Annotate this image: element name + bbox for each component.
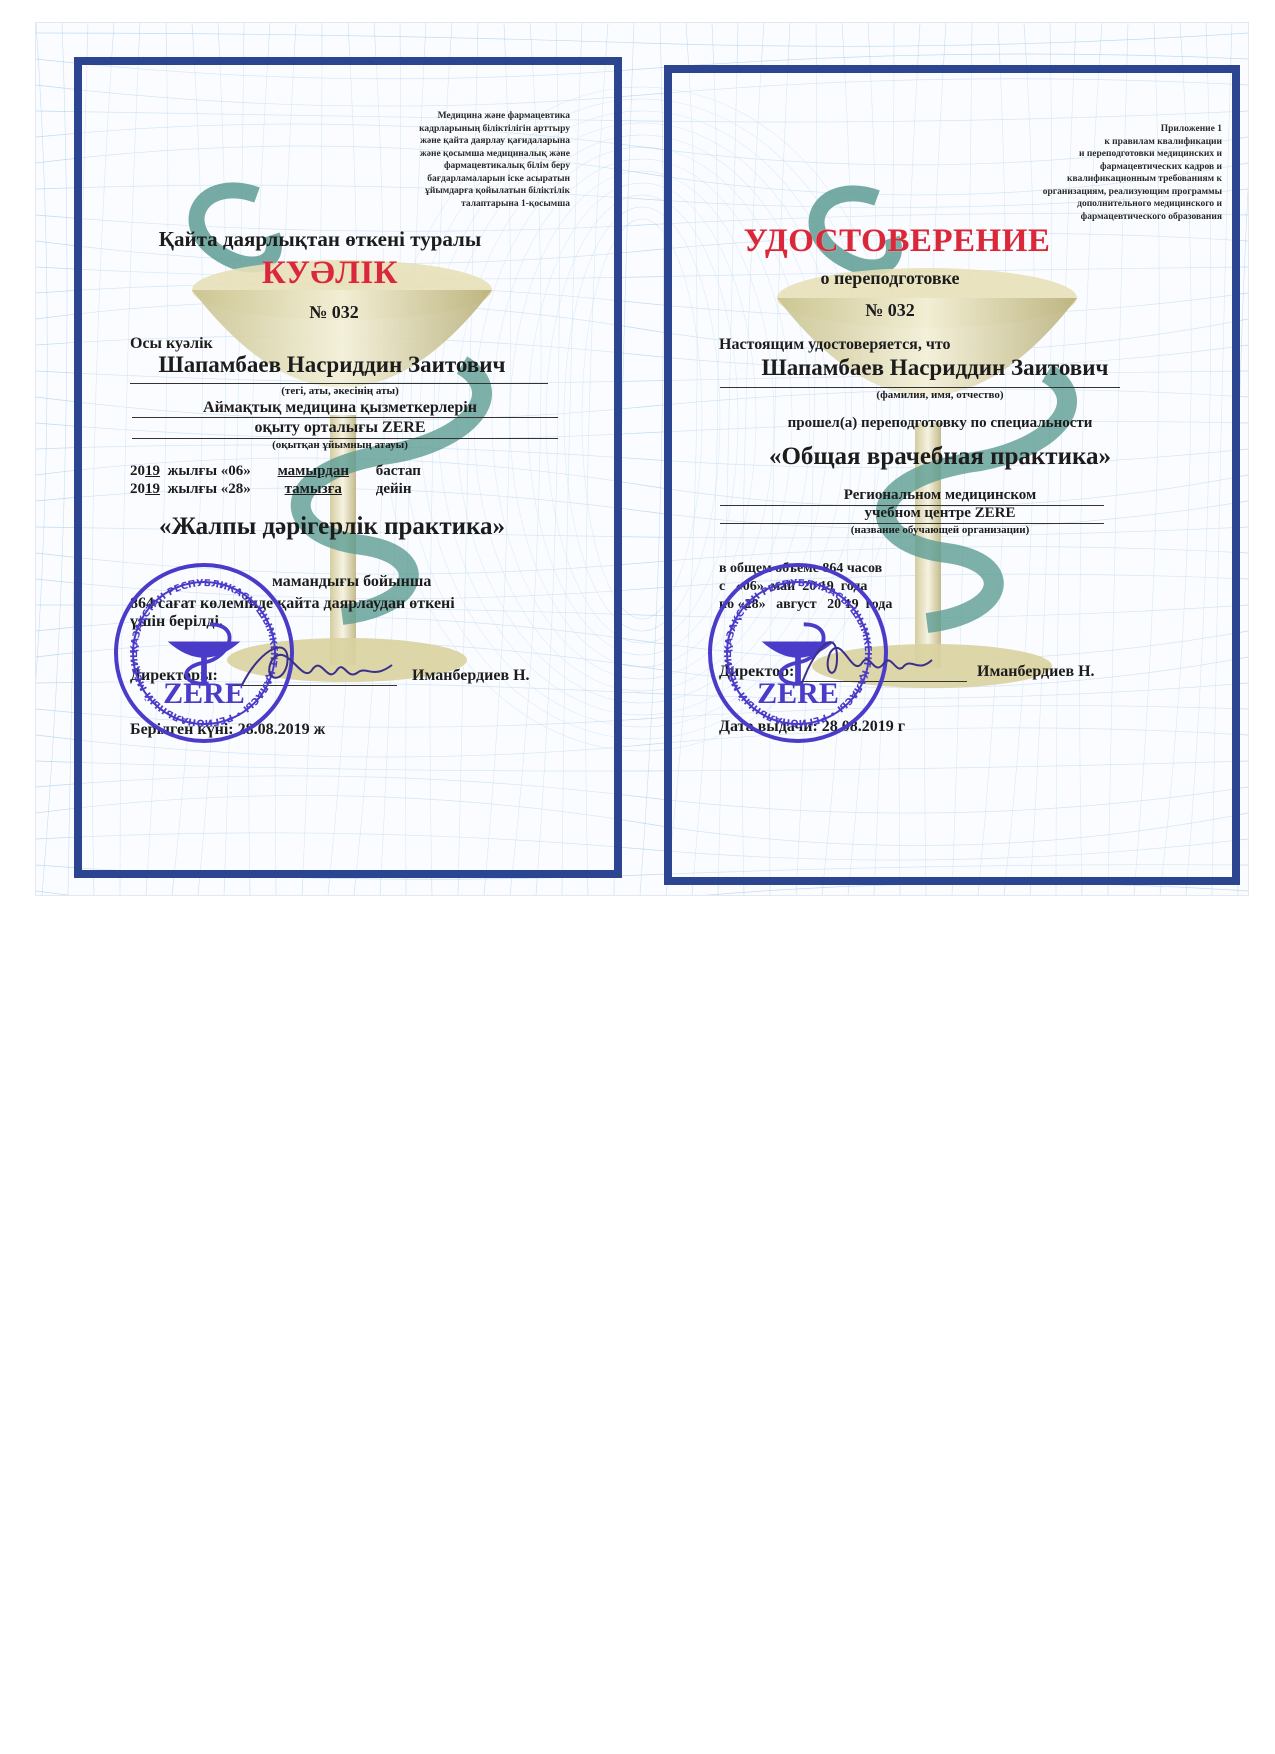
- annex-line: фармацевтикалық білім беру: [419, 160, 570, 173]
- annex-line: квалификационным требованиям к: [1043, 173, 1222, 186]
- organization-line-2: учебном центре ZERE: [864, 505, 1015, 522]
- annex-line: фармацевтического образования: [1043, 211, 1222, 224]
- organization-caption: (оқытқан ұйымның атауы): [272, 439, 408, 451]
- certificate-kazakh: Медицина және фармацевтикакадрларының бі…: [74, 57, 622, 878]
- annex-line: Медицина және фармацевтика: [419, 110, 570, 123]
- annex-line: и переподготовки медицинских и: [1043, 148, 1222, 161]
- certificate-heading: Қайта даярлықтан өткені туралы: [159, 227, 481, 252]
- annex-line: Приложение 1: [1043, 123, 1222, 136]
- certificate-number: № 032: [309, 302, 359, 323]
- intro-text: Осы куәлік: [130, 335, 213, 353]
- certificate-number: № 032: [865, 300, 915, 321]
- intro-text: Настоящим удостоверяется, что: [719, 336, 951, 354]
- director-name: Иманбердиев Н.: [412, 667, 530, 685]
- organization-line-1: Региональном медицинском: [844, 487, 1036, 504]
- annex-line: кадрларының біліктілігін арттыру: [419, 123, 570, 136]
- name-caption: (фамилия, имя, отчество): [876, 389, 1003, 401]
- to-month: тамызға: [258, 481, 368, 498]
- specialty: «Жалпы дәрігерлік практика»: [159, 513, 505, 541]
- specialty-suffix: мамандығы бойынша: [272, 573, 431, 591]
- annex-line: организациям, реализующим программы: [1043, 186, 1222, 199]
- director-signature: [232, 625, 402, 705]
- passed-text: прошел(а) переподготовку по специальност…: [788, 415, 1093, 432]
- director-name: Иманбердиев Н.: [977, 663, 1095, 681]
- annex-line: және қосымша медициналық және: [419, 148, 570, 161]
- specialty: «Общая врачебная практика»: [769, 443, 1111, 471]
- period-to: 2019 жылғы «28» тамызға дейін: [130, 481, 411, 498]
- annex-line: және қайта даярлау қағидаларына: [419, 135, 570, 148]
- organization-line-2: оқыту орталығы ZERE: [254, 419, 425, 437]
- scanned-sheet: Медицина және фармацевтикакадрларының бі…: [35, 22, 1249, 896]
- to-year: 19: [145, 481, 160, 497]
- period-from: 2019 жылғы «06» мамырдан бастап: [130, 463, 421, 480]
- from-month: мамырдан: [258, 463, 368, 480]
- organization-line-1: Аймақтық медицина қызметкерлерін: [203, 399, 477, 417]
- from-year: 19: [145, 463, 160, 479]
- annex-note: Медицина және фармацевтикакадрларының бі…: [419, 110, 570, 210]
- annex-line: бағдарламаларын іске асыратын: [419, 173, 570, 186]
- name-caption: (тегі, аты, әкесінің аты): [281, 385, 398, 397]
- full-name: Шапамбаев Насриддин Заитович: [762, 355, 1109, 381]
- annex-line: талаптарына 1-қосымша: [419, 198, 570, 211]
- full-name: Шапамбаев Насриддин Заитович: [159, 352, 506, 378]
- annex-line: к правилам квалификации: [1043, 136, 1222, 149]
- annex-line: ұйымдарға қойылатын біліктілік: [419, 185, 570, 198]
- certificate-title: КУӘЛІК: [262, 255, 398, 292]
- certificate-title: УДОСТОВЕРЕНИЕ: [744, 223, 1051, 260]
- organization-caption: (название обучающей организации): [851, 524, 1030, 536]
- annex-note: Приложение 1к правилам квалификациии пер…: [1043, 123, 1222, 223]
- certificate-russian: Приложение 1к правилам квалификациии пер…: [664, 65, 1240, 885]
- certificate-subtitle: о переподготовке: [820, 268, 959, 289]
- director-signature: [792, 618, 942, 698]
- annex-line: фармацевтических кадров и: [1043, 161, 1222, 174]
- annex-line: дополнительного медицинского и: [1043, 198, 1222, 211]
